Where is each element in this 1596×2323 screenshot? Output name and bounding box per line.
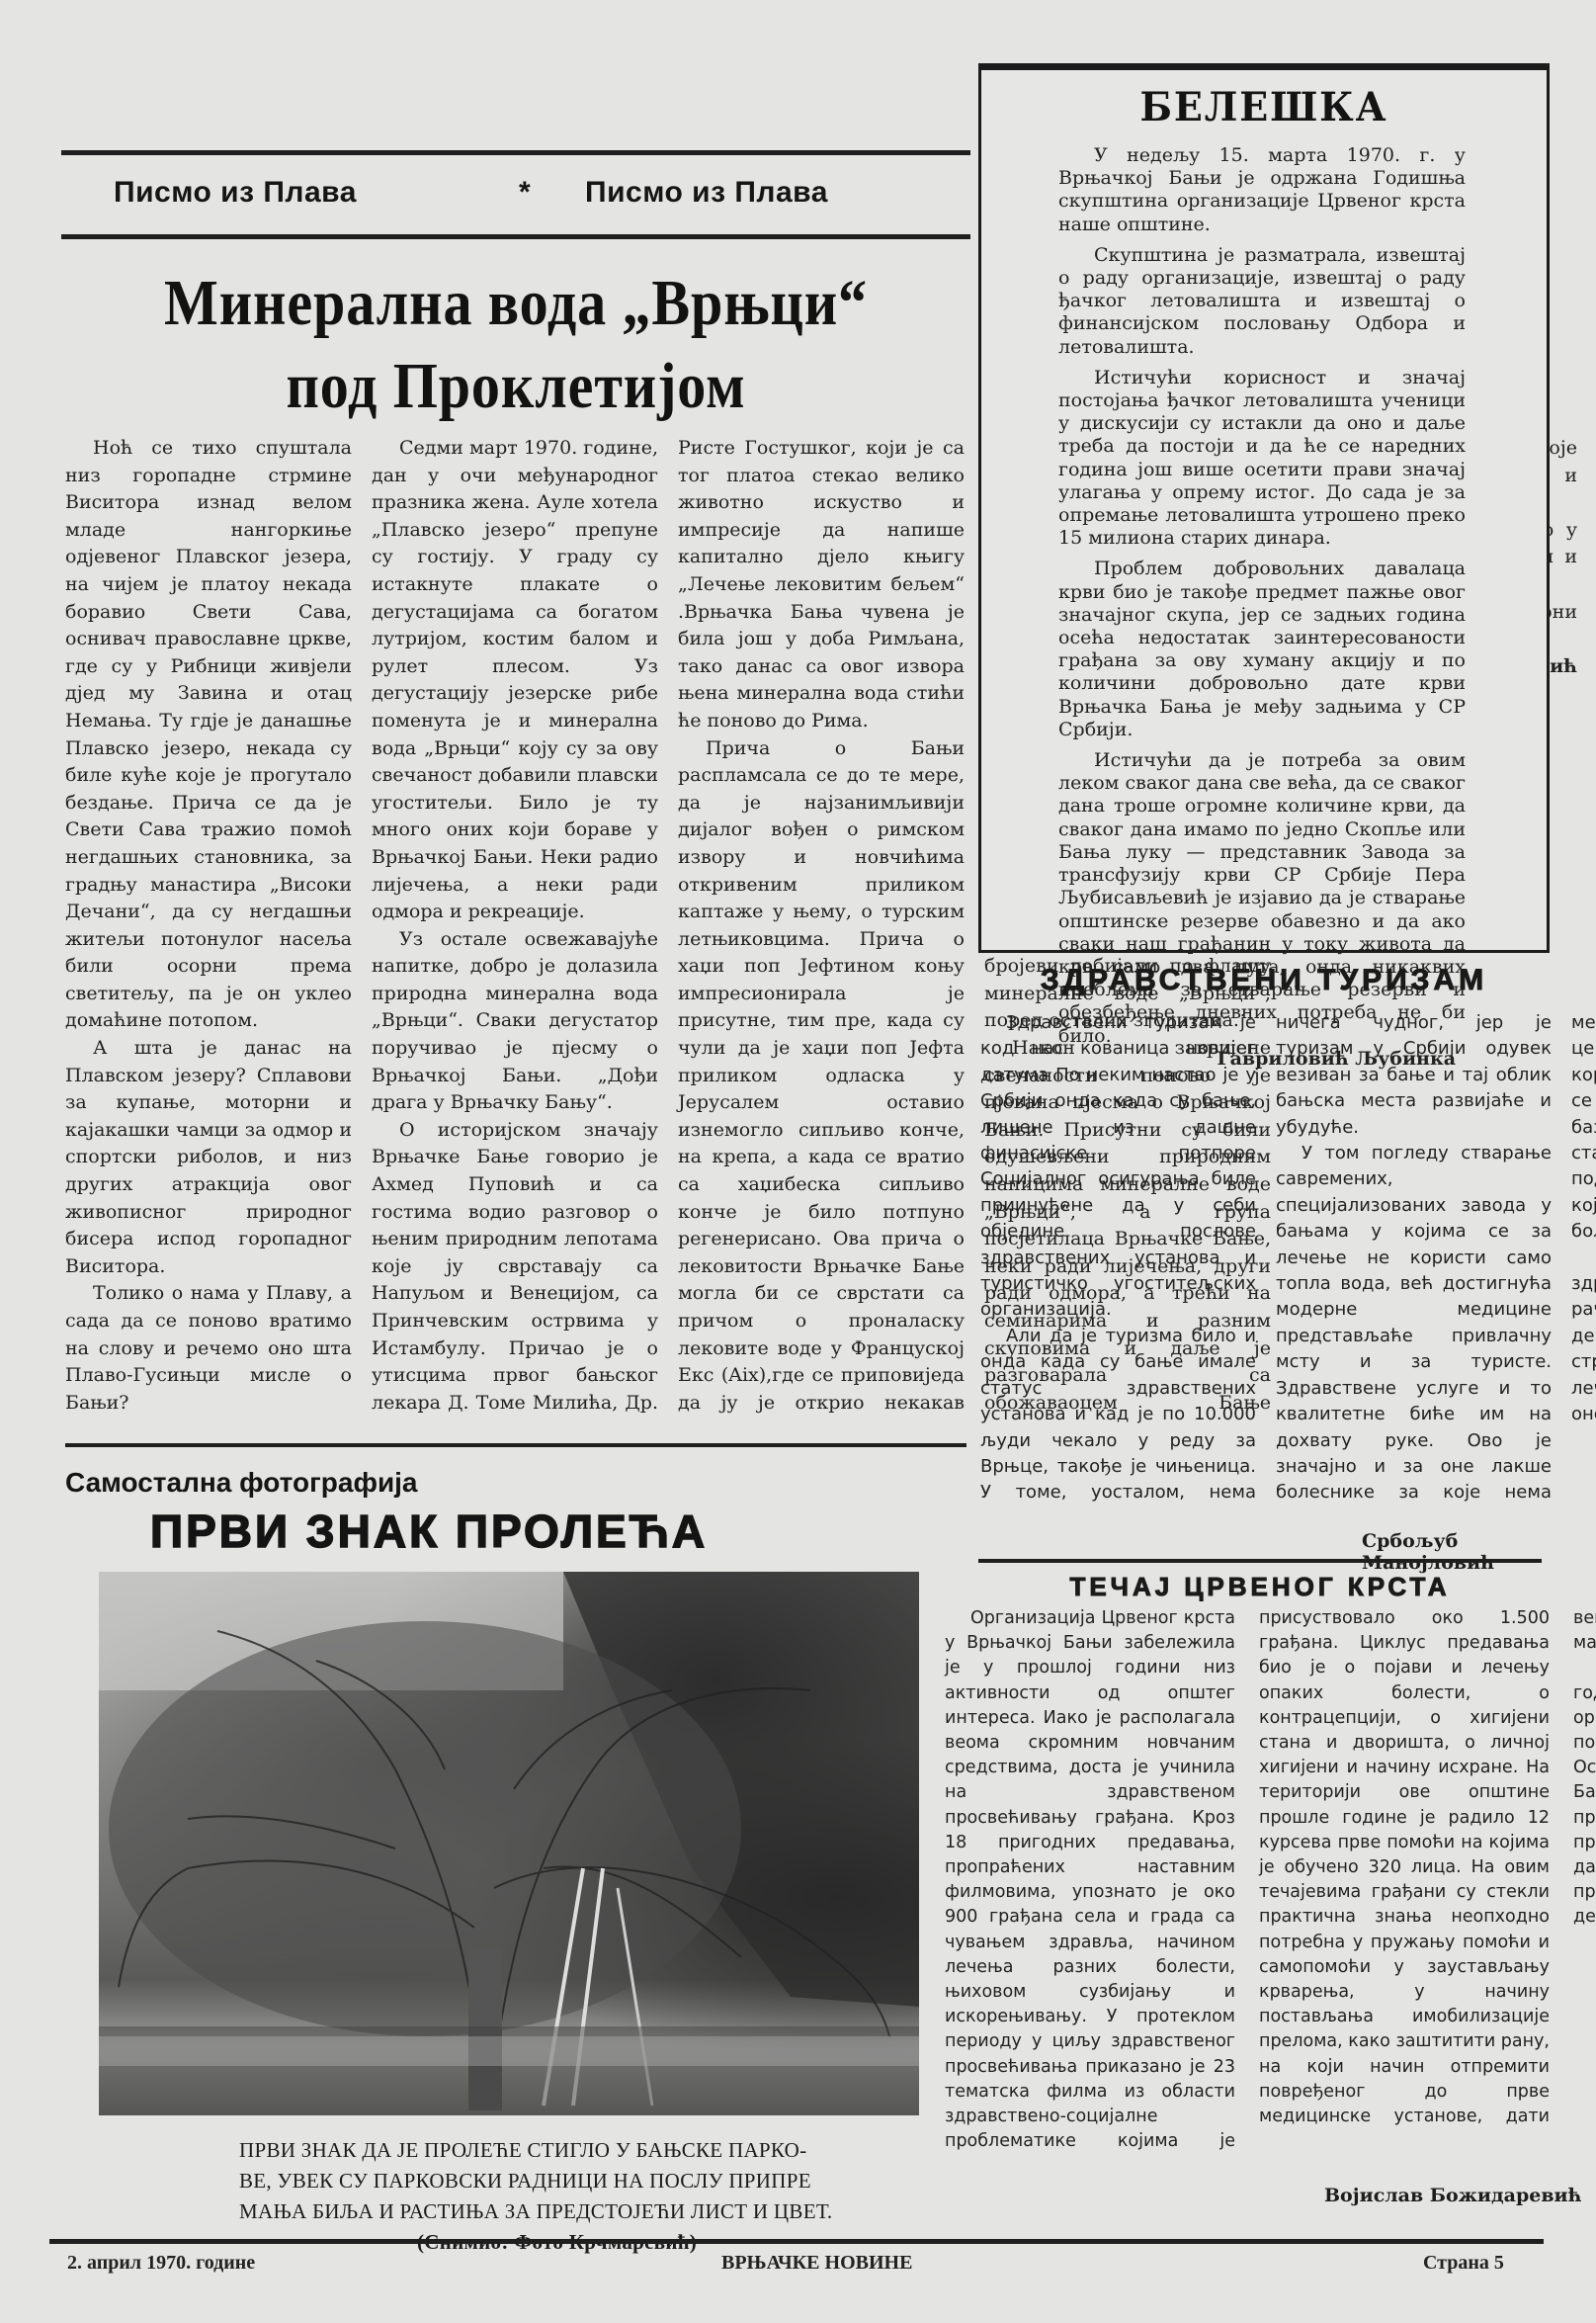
article-paragraph: А шта је данас на Плавском језеру? Сплав… (65, 1035, 352, 1280)
note-box-title: БЕЛЕШКА (995, 84, 1532, 130)
park-tree-photo (99, 1572, 919, 2115)
kicker-right: Писмо из Плава (585, 176, 828, 210)
caption-line: ПРВИ ЗНАК ДА ЈЕ ПРОЛЕЋЕ СТИГЛО У БАЊСКЕ … (239, 2135, 832, 2166)
photo-kicker: Самостална фотографија (65, 1467, 418, 1499)
red-cross-paragraph: На недавно одржаној годишњој скупштини о… (1573, 1656, 1596, 1930)
red-cross-author: Војислав Божидаревић (1324, 2185, 1581, 2206)
health-paragraph: У подизању нивоа здравственог туризма тр… (1571, 1246, 1596, 1428)
headline-line-2: под Проклетијом (116, 345, 916, 428)
kicker-separator: * (519, 176, 531, 210)
article-paragraph: Уз остале освежавајуће напитке, добро је… (372, 926, 658, 1117)
footer-rule (49, 2239, 1544, 2244)
note-box: БЕЛЕШКА У недељу 15. марта 1970. г. у Вр… (978, 63, 1550, 953)
article-body: Ноћ се тихо спуштала низ горопадне стрми… (65, 435, 965, 1441)
health-tourism-body: Здравствени туризам је код нас кованица … (980, 1010, 1552, 1524)
article-bottom-rule (65, 1443, 966, 1447)
note-paragraph: Истичући корисност и значај постојања ђа… (1058, 367, 1466, 551)
health-bottom-rule (978, 1559, 1542, 1563)
kicker-left: Писмо из Плава (114, 176, 357, 210)
article-headline: Минерална вода „Врњци“ под Проклетијом (61, 262, 970, 428)
kicker-rule (61, 234, 970, 239)
note-box-body: У недељу 15. марта 1970. г. у Врњачкој Б… (1058, 144, 1466, 1071)
note-paragraph: Истичући да је потреба за овим леком сва… (1058, 749, 1466, 1048)
red-cross-body: Организација Црвеног крста у Врњачкој Ба… (945, 1606, 1550, 2170)
article-paragraph: Ноћ се тихо спуштала низ горопадне стрми… (65, 435, 352, 1035)
footer-page-number: Страна 5 (1423, 2252, 1504, 2275)
headline-line-1: Минерална вода „Врњци“ (116, 262, 916, 345)
red-cross-title: ТЕЧАЈ ЦРВЕНОГ КРСТА (978, 1572, 1542, 1602)
photo-title: ПРВИ ЗНАК ПРОЛЕЋА (150, 1505, 708, 1558)
article-paragraph: Толико о нама у Плаву, а сада да се поно… (65, 1280, 352, 1417)
note-paragraph: У недељу 15. марта 1970. г. у Врњачкој Б… (1058, 144, 1466, 236)
health-tourism-author: Србољуб Манојловић (1362, 1530, 1596, 1574)
footer-date: 2. април 1970. године (67, 2252, 255, 2275)
article-paragraph: Седми март 1970. године, дан у очи међун… (372, 435, 658, 926)
footer-publication: ВРЊАЧКЕ НОВИНЕ (721, 2252, 912, 2275)
tree-illustration-icon (99, 1572, 919, 2115)
note-paragraph: Скупштина је разматрала, извештај о раду… (1058, 244, 1466, 359)
caption-line: МАЊА БИЉА И РАСТИЊА ЗА ПРЕДСТОЈЕЋИ ЛИСТ … (239, 2196, 832, 2227)
top-rule (61, 150, 970, 155)
note-paragraph: Проблем добровољних давалаца крви био је… (1058, 558, 1466, 741)
caption-line: ВЕ, УВЕК СУ ПАРКОВСКИ РАДНИЦИ НА ПОСЛУ П… (239, 2166, 832, 2196)
red-cross-paragraph: Организација Црвеног крста у Врњачкој Ба… (945, 1606, 1596, 2170)
health-paragraph: Здравствени туризам је код нас кованица … (980, 1010, 1256, 1324)
health-tourism-title: ЗДРАВСТВЕНИ ТУРИЗАМ (978, 964, 1550, 997)
